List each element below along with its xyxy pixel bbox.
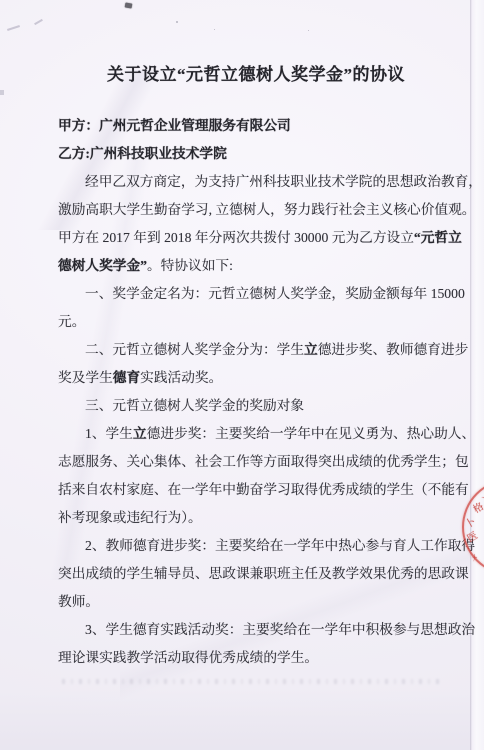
text-segment: 甲方：广州元哲企业管理服务有限公司 [58,118,291,133]
stamp-text-fragment: 卜 [464,517,478,531]
staple-mark [34,19,43,25]
text-segment: 1、学生 [85,426,133,441]
document-body: 甲方：广州元哲企业管理服务有限公司乙方:广州科技职业技术学院经甲乙双方商定，为支… [58,112,458,672]
document-title: 关于设立“元哲立德树人奖学金”的协议 [40,60,472,85]
document-line: 激励高职大学生勤奋学习, 立德树人，努力践行社会主义核心价值观。 [58,196,458,224]
text-segment: 2、教师德育进步奖：主要奖给在一学年中热心参与育人工作取得 [85,538,475,553]
document-line: 德树人奖学金”。特协议如下: [58,252,458,280]
document-line: 突出成绩的学生辅导员、思政课兼职班主任及教学效果优秀的思政课 [58,560,458,588]
ink-smudge [125,2,133,8]
edge-mark [0,90,4,95]
text-segment: 激励高职大学生勤奋学习, 立德树人，努力践行社会主义核心价值观。 [58,202,475,217]
document-line: 经甲乙双方商定，为支持广州科技职业技术学院的思想政治教育， [58,168,458,196]
paper-speck [214,29,215,30]
scanned-document-page: 关于设立“元哲立德树人奖学金”的协议 甲方：广州元哲企业管理服务有限公司乙方:广… [0,0,484,750]
document-line: 志愿服务、关心集体、社会工作等方面取得突出成绩的优秀学生；包 [58,448,458,476]
text-segment: 实践活动奖。 [140,370,222,385]
text-segment: 德进步奖：主要奖给一学年中在见义勇为、热心助人、 [147,426,476,441]
text-segment: 志愿服务、关心集体、社会工作等方面取得突出成绩的优秀学生；包 [58,454,469,469]
text-segment: 教师。 [58,594,99,609]
text-segment: 补考现象或违纪行为）。 [58,510,202,525]
paper-crease [0,690,484,750]
document-line: 甲方：广州元哲企业管理服务有限公司 [58,112,458,140]
document-line: 甲方在 2017 年到 2018 年分两次共拨付 30000 元为乙方设立“元哲… [58,224,458,252]
text-segment: 元。 [58,314,85,329]
document-line: 元。 [58,308,458,336]
text-segment: 经甲乙双方商定，为支持广州科技职业技术学院的思想政治教育， [85,174,482,189]
text-segment: 二、元哲立德树人奖学金分为：学生 [85,342,304,357]
document-line: 补考现象或违纪行为）。 [58,504,458,532]
text-segment: 三、元哲立德树人奖学金的奖励对象 [85,398,304,413]
stamp-text-fragment: 格 [472,502,484,516]
document-line: 括来自农村家庭、在一学年中勤奋学习取得优秀成绩的学生（不能有 [58,476,458,504]
paper-speck [308,30,309,31]
text-segment: 3、学生德育实践活动奖：主要奖给在一学年中积极参与思想政治 [85,622,475,637]
text-segment: 德进步奖、教师德育进步 [318,342,469,357]
text-segment: “元哲立 [414,230,462,245]
document-line: 奖及学生德育实践活动奖。 [58,364,458,392]
text-segment: 一、奖学金定名为：元哲立德树人奖学金，奖励金额每年 15000 [85,286,465,301]
bleed-through-text [62,679,442,684]
text-segment: 理论课实践教学活动取得优秀成绩的学生。 [58,650,318,665]
document-line: 教师。 [58,588,458,616]
text-segment: 德树人奖学金” [58,258,147,273]
document-line: 2、教师德育进步奖：主要奖给在一学年中热心参与育人工作取得 [58,532,458,560]
document-line: 一、奖学金定名为：元哲立德树人奖学金，奖励金额每年 15000 [58,280,458,308]
text-segment: 立 [304,342,318,357]
text-segment: 突出成绩的学生辅导员、思政课兼职班主任及教学效果优秀的思政课 [58,566,469,581]
stamp-text-fragment: 医 [466,531,480,545]
document-line: 二、元哲立德树人奖学金分为：学生立德进步奖、教师德育进步 [58,336,458,364]
text-segment: 括来自农村家庭、在一学年中勤奋学习取得优秀成绩的学生（不能有 [58,482,469,497]
document-line: 三、元哲立德树人奖学金的奖励对象 [58,392,458,420]
document-line: 3、学生德育实践活动奖：主要奖给在一学年中积极参与思想政治 [58,616,458,644]
text-segment: 乙方:广州科技职业技术学院 [58,146,227,161]
document-line: 1、学生立德进步奖：主要奖给一学年中在见义勇为、热心助人、 [58,420,458,448]
text-segment: 。特协议如下: [147,258,233,273]
text-segment: 奖及学生 [58,370,113,385]
document-line: 理论课实践教学活动取得优秀成绩的学生。 [58,644,458,672]
staple-mark [7,25,20,31]
paper-speck [176,21,178,23]
document-line: 乙方:广州科技职业技术学院 [58,140,458,168]
text-segment: 立 [133,426,147,441]
text-segment: 德育 [113,370,140,385]
text-segment: 甲方在 2017 年到 2018 年分两次共拨付 30000 元为乙方设立 [58,230,414,245]
